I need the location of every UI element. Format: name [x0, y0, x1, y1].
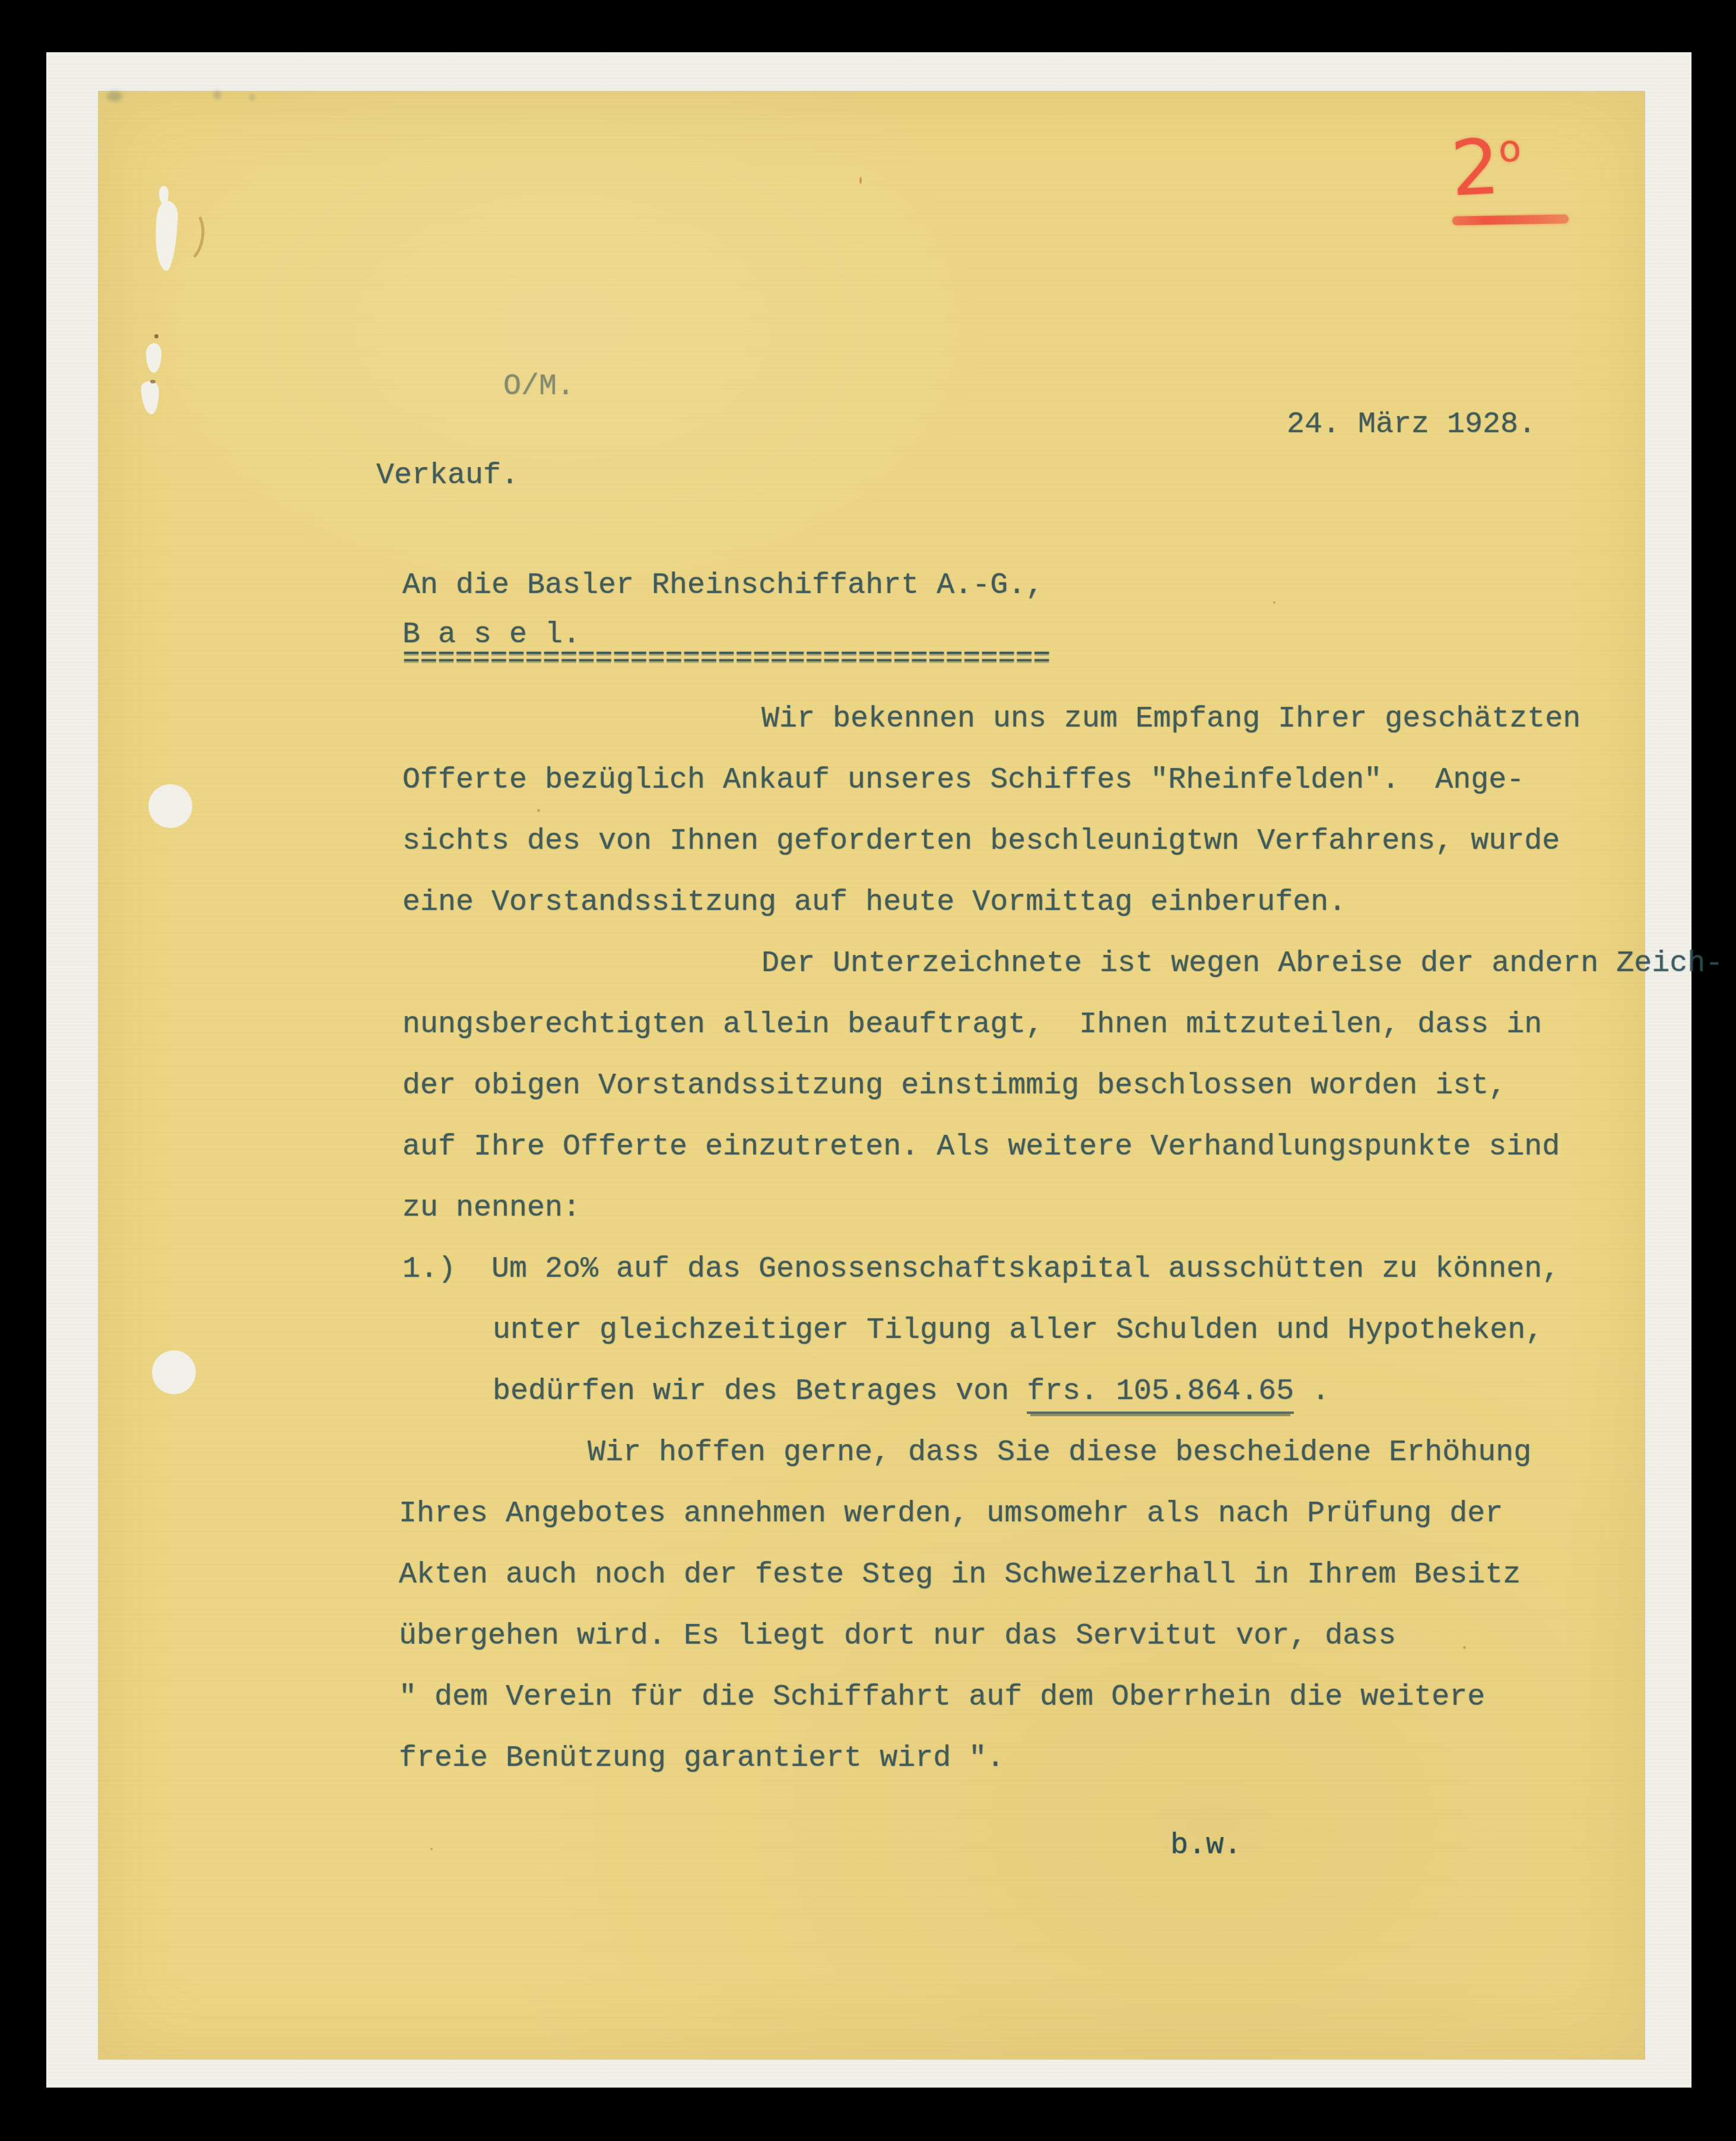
edge-smudge [249, 94, 255, 100]
amount-prefix: bedürfen wir des Betrages von [493, 1375, 1027, 1409]
red-page-number: 2o [1449, 131, 1524, 205]
paper-speck [537, 809, 540, 812]
body-line: Wir hoffen gerne, dass Sie diese beschei… [588, 1435, 1531, 1471]
body-line: sichts des von Ihnen geforderten beschle… [402, 824, 1560, 859]
punch-hole-bottom [152, 1350, 196, 1394]
amount-value-underlined: frs. 105.864.65 [1027, 1375, 1294, 1414]
body-line: Ihres Angebotes annehmen werden, umsomeh… [399, 1496, 1503, 1532]
letter-page: O/M. 24. März 1928. Verkauf. An die Basl… [98, 91, 1645, 2060]
paper-speck [1273, 601, 1275, 604]
recipient-underline: ===================================== [402, 641, 1051, 677]
body-line: der obigen Vorstandssitzung einstimmig b… [402, 1068, 1506, 1104]
body-line: unter gleichzeitiger Tilgung aller Schul… [493, 1313, 1543, 1349]
reference-mark: O/M. [503, 369, 575, 405]
edge-smudge [107, 91, 122, 102]
edge-smudge [214, 91, 221, 99]
red-underline-mark [1452, 214, 1569, 225]
body-line: Wir bekennen uns zum Empfang Ihrer gesch… [761, 702, 1581, 737]
body-line: auf Ihre Offerte einzutreten. Als weiter… [402, 1130, 1560, 1165]
paper-tear [159, 186, 169, 205]
body-line: eine Vorstandssitzung auf heute Vormitta… [402, 885, 1346, 921]
body-line: übergehen wird. Es liegt dort nur das Se… [399, 1619, 1396, 1654]
paper-speck [859, 177, 862, 184]
paper-tear [141, 380, 160, 414]
body-line: Akten auch noch der feste Steg in Schwei… [399, 1558, 1521, 1593]
closing-note: b.w. [1170, 1828, 1242, 1864]
punch-hole-top [148, 784, 192, 828]
paper-speck [150, 380, 155, 383]
page-number-superscript: o [1497, 126, 1522, 171]
body-line: Der Unterzeichnete ist wegen Abreise der… [761, 946, 1723, 982]
paper-speck [430, 1848, 433, 1850]
body-line-numbered-item: 1.) Um 2o% auf das Genossenschaftskapita… [402, 1252, 1560, 1287]
paper-speck [1463, 1646, 1466, 1649]
page-number-digit: 2 [1449, 123, 1502, 214]
body-line-amount: bedürfen wir des Betrages von frs. 105.8… [493, 1374, 1329, 1410]
body-line: Offerte bezüglich Ankauf unseres Schiffe… [402, 763, 1524, 798]
subject-line: Verkauf. [376, 458, 519, 494]
amount-suffix: . [1294, 1375, 1329, 1409]
paper-speck [154, 334, 158, 338]
paper-tear [146, 343, 161, 373]
body-line: zu nennen: [402, 1191, 580, 1226]
body-line: " dem Verein für die Schiffahrt auf dem … [399, 1680, 1485, 1715]
recipient-name-line: An die Basler Rheinschiffahrt A.-G., [402, 568, 1043, 604]
body-line: freie Benützung garantiert wird ". [399, 1741, 1004, 1777]
scan-background: O/M. 24. März 1928. Verkauf. An die Basl… [0, 0, 1736, 2141]
body-line: nungsberechtigten allein beauftragt, Ihn… [402, 1007, 1542, 1043]
date-line: 24. März 1928. [1287, 407, 1536, 443]
